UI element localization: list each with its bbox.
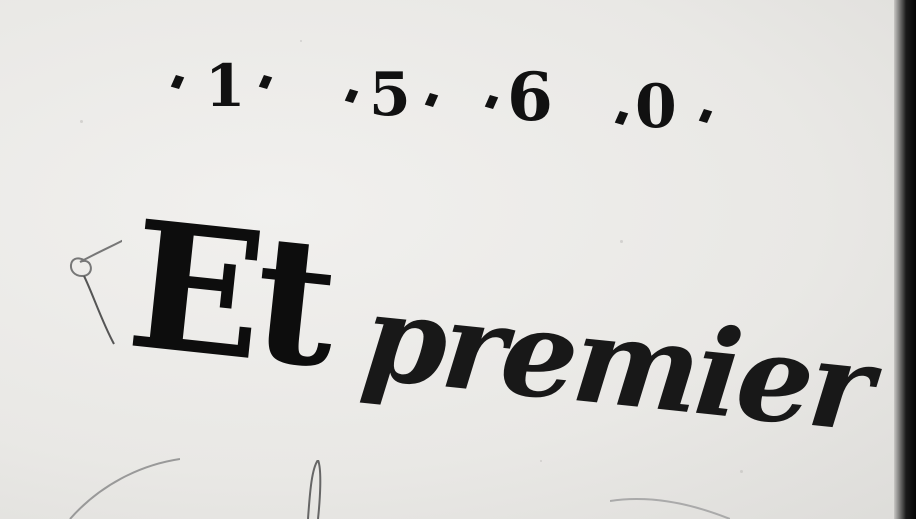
page-binding-edge (894, 0, 916, 519)
date-line: 1 5 6 0 (165, 50, 725, 140)
date-digit-6: 6 (507, 58, 553, 136)
pen-stroke-icon (300, 460, 330, 519)
pen-stroke-icon (60, 455, 180, 519)
date-digit-5: 5 (369, 60, 411, 130)
manuscript-page: 1 5 6 0 Et premier (0, 0, 916, 519)
heading-initial: Et (122, 198, 337, 393)
heading-word: premier (357, 277, 874, 449)
pen-stroke-icon (610, 495, 730, 519)
heading: Et premier (98, 196, 878, 504)
date-digit-0: 0 (635, 72, 677, 142)
date-digit-1: 1 (205, 52, 245, 120)
